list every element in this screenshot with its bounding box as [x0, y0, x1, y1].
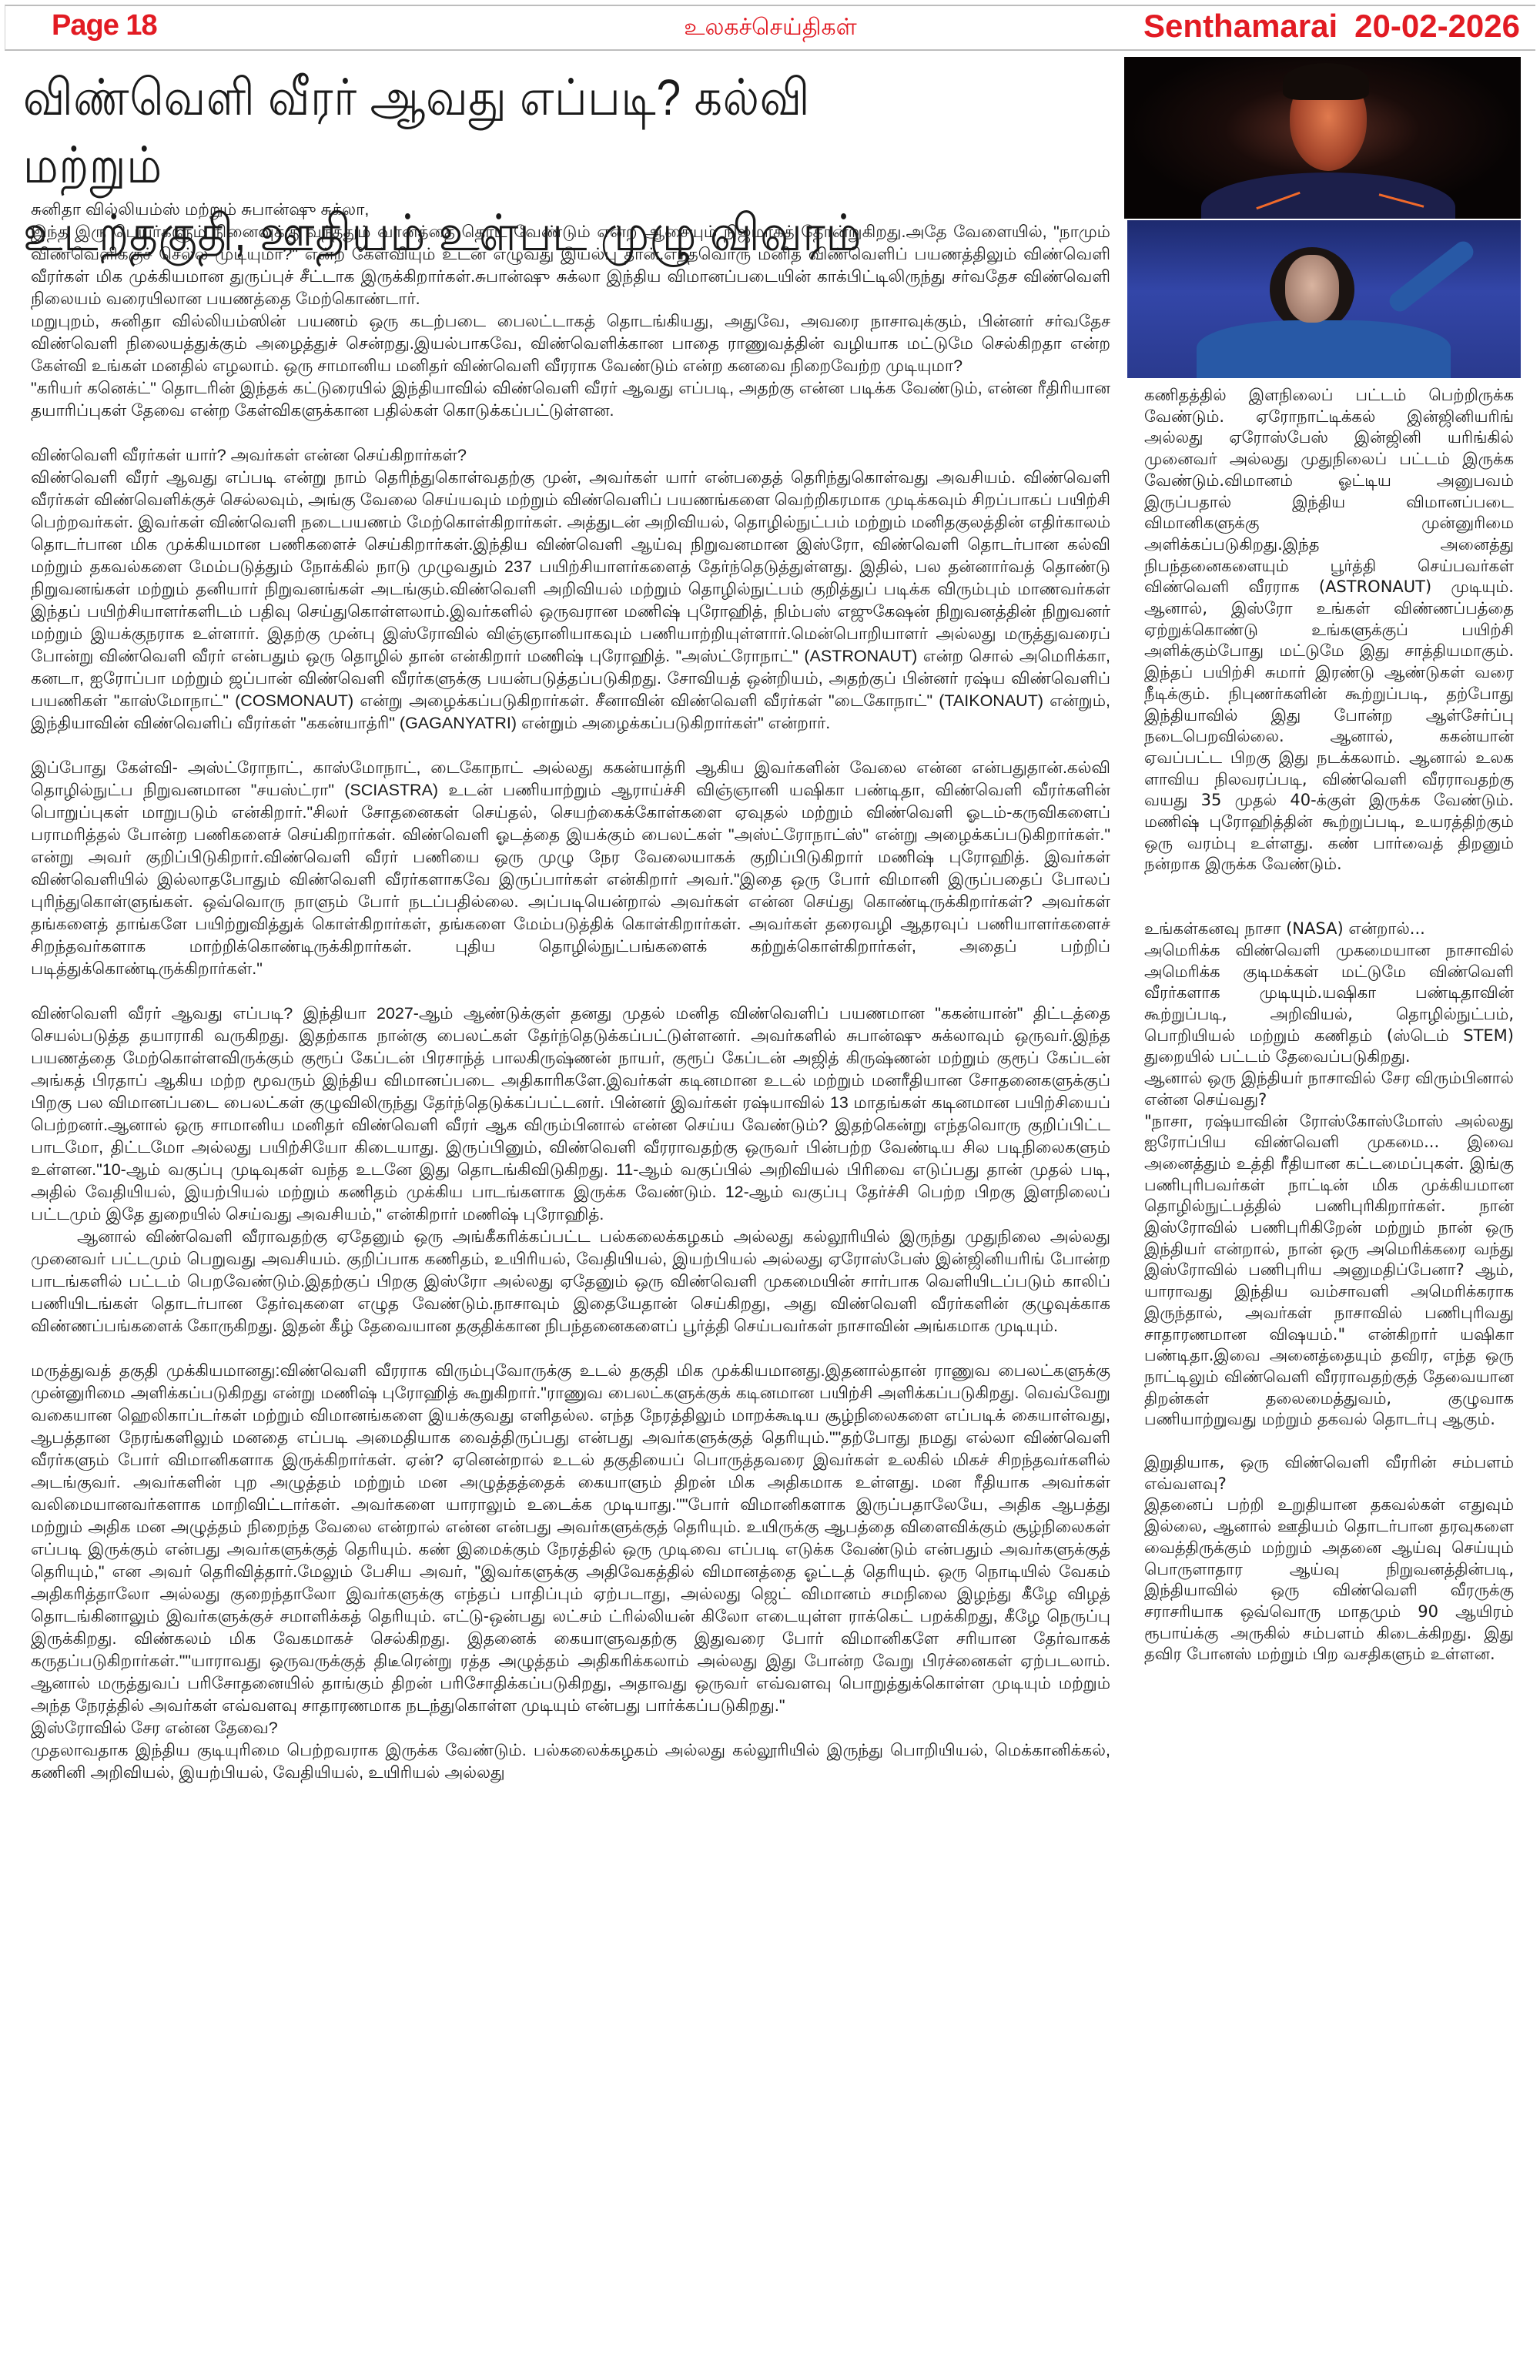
issue-date: 20-02-2026 [1354, 8, 1520, 44]
body-paragraph: இப்போது கேள்வி- அஸ்ட்ரோநாட், காஸ்மோநாட்,… [31, 757, 1110, 980]
paragraph-gap [31, 1337, 1110, 1360]
subheading-join-isro: இஸ்ரோவில் சேர என்ன தேவை? [31, 1717, 1110, 1739]
body-paragraph: இந்த இரு பெயர்களும் நினைவுக்கு வந்ததும் … [31, 221, 1110, 310]
paragraph-gap [31, 422, 1110, 444]
paragraph-gap [1144, 875, 1514, 897]
body-paragraph: விண்வெளி வீரர் ஆவது எப்படி? இந்தியா 2027… [31, 1003, 1110, 1226]
side-article-column: கணிதத்தில் இளநிலைப் பட்டம் பெற்றிருக்க வ… [1144, 385, 1514, 1665]
paper-name: Senthamarai [1143, 8, 1337, 44]
subheading-salary: இறுதியாக, ஒரு விண்வெளி வீரரின் சம்பளம் எ… [1144, 1452, 1514, 1495]
flight-suit-shape [1197, 320, 1451, 378]
subheading-who-are-astronauts: விண்வெளி வீரர்கள் யார்? அவர்கள் என்ன செய… [31, 444, 1110, 467]
raised-arm-shape [1386, 238, 1477, 316]
photo-sunita-williams [1127, 220, 1521, 378]
main-article-column: சுனிதா வில்லியம்ஸ் மற்றும் சுபான்ஷு சுக்… [31, 199, 1110, 1784]
side-paragraph: கணிதத்தில் இளநிலைப் பட்டம் பெற்றிருக்க வ… [1144, 385, 1514, 875]
paragraph-gap [31, 980, 1110, 1003]
paragraph-gap [1144, 897, 1514, 919]
side-paragraph: இதனைப் பற்றி உறுதியான தகவல்கள் எதுவும் இ… [1144, 1495, 1514, 1665]
photo-shubhanshu-shukla [1124, 57, 1521, 219]
headline-line-1: விண்வெளி வீரர் ஆவது எப்படி? கல்வி மற்றும… [23, 63, 950, 199]
intro-line: சுனிதா வில்லியம்ஸ் மற்றும் சுபான்ஷு சுக்… [31, 199, 1110, 221]
body-paragraph: ஆனால் விண்வெளி வீராவதற்கு ஏதேனும் ஒரு அங… [31, 1226, 1110, 1337]
paragraph-gap [31, 735, 1110, 757]
side-paragraph: "நாசா, ரஷ்யாவின் ரோஸ்கோஸ்மோஸ் அல்லது ஐரோ… [1144, 1111, 1514, 1431]
side-paragraph: அமெரிக்க விண்வெளி முகமையான நாசாவில் அமெர… [1144, 940, 1514, 1068]
body-paragraph: "கரியர் கனெக்ட்" தொடரின் இந்தக் கட்டுரைய… [31, 377, 1110, 422]
flight-suit-shape [1201, 172, 1455, 219]
body-paragraph: மறுபுறம், சுனிதா வில்லியம்ஸின் பயணம் ஒரு… [31, 310, 1110, 377]
subheading-nasa: உங்கள்கனவு நாசா (NASA) என்றால்... [1144, 919, 1514, 940]
body-paragraph: முதலாவதாக இந்திய குடியுரிமை பெற்றவராக இர… [31, 1739, 1110, 1784]
side-subheading-indian-nasa: ஆனால் ஒரு இந்தியர் நாசாவில் சேர விரும்பி… [1144, 1068, 1514, 1110]
body-paragraph: மருத்துவத் தகுதி முக்கியமானது:விண்வெளி வ… [31, 1360, 1110, 1717]
masthead: Page 18 உலகச்செய்திகள் Senthamarai20-02-… [5, 5, 1535, 51]
body-paragraph: விண்வெளி வீரர் ஆவது எப்படி என்று நாம் தெ… [31, 467, 1110, 735]
face-shape [1285, 255, 1339, 323]
paragraph-gap [1144, 1431, 1514, 1452]
paper-name-date: Senthamarai20-02-2026 [1143, 8, 1520, 45]
hair-shape [1283, 63, 1369, 100]
